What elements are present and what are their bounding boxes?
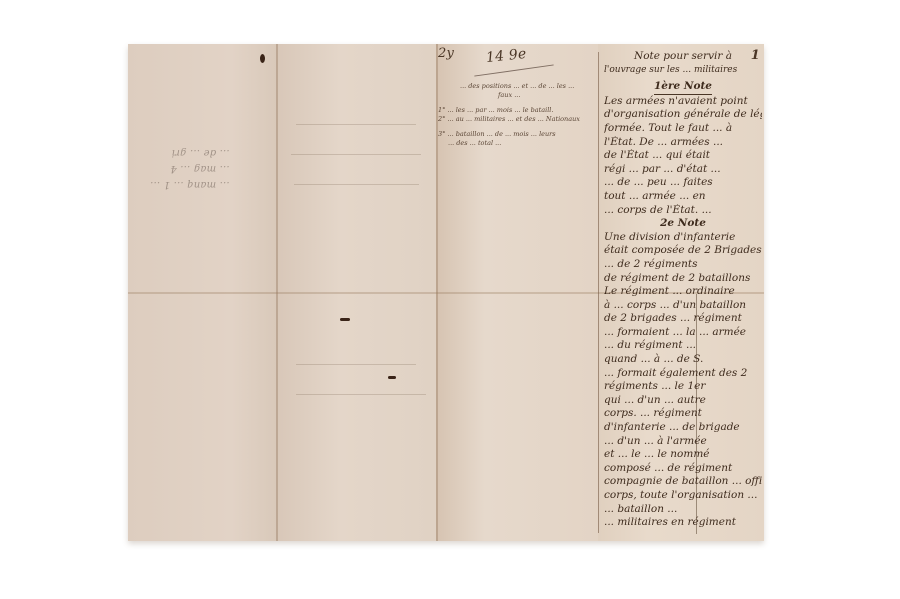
title-line: Note pour servir à	[604, 50, 762, 64]
text-line: d'infanterie ... de brigade	[604, 421, 762, 435]
note-line: 1° ... les ... par ... mois ... le batai…	[438, 106, 596, 115]
text-line: ... du régiment ...	[604, 339, 762, 353]
note-line: 2° ... au ... militaires ... et des ... …	[438, 115, 596, 124]
ink-mark	[340, 318, 350, 321]
text-line: ... de 2 régiments	[604, 258, 762, 272]
text-line: quand ... à ... de S.	[604, 353, 762, 367]
pencil-note-line: ... de ... gri	[150, 144, 230, 160]
text-line: Les armées n'avaient point	[604, 95, 762, 109]
main-text-column: Note pour servir à l'ouvrage sur les ...…	[604, 50, 762, 530]
stroke-line	[474, 64, 553, 76]
faint-line	[291, 154, 421, 155]
text-line: régiments ... le 1er	[604, 380, 762, 394]
text-line: corps, toute l'organisation ...	[604, 489, 762, 503]
text-line: Une division d'infanterie	[604, 231, 762, 245]
note-line: ... des ... total ...	[438, 139, 596, 148]
faint-line	[296, 394, 426, 395]
faint-line	[294, 184, 419, 185]
text-line: de régiment de 2 bataillons	[604, 272, 762, 286]
text-line: ... formaient ... la ... armée	[604, 326, 762, 340]
text-line: compagnie de bataillon ... officiers	[604, 475, 762, 489]
pencil-note-line: ... manq ... 1 ...	[150, 176, 230, 192]
heading-text: 1ère Note	[654, 80, 712, 95]
manuscript-sheet: ... manq ... 1 ... ... mag ... 4 ... de …	[128, 44, 764, 541]
text-line: ... militaires en régiment	[604, 516, 762, 530]
text-line: de 2 brigades ... régiment	[604, 312, 762, 326]
text-line: composé ... de régiment	[604, 462, 762, 476]
text-line: était composée de 2 Brigades	[604, 244, 762, 258]
text-line: ... de ... peu ... faites	[604, 176, 762, 190]
pencil-note-line: ... mag ... 4	[150, 160, 230, 176]
panel-3-note-list: ... des positions ... et ... de ... les …	[438, 82, 596, 148]
text-line: tout ... armée ... en	[604, 190, 762, 204]
faint-line	[296, 124, 416, 125]
corner-mark: 2y	[438, 46, 454, 61]
text-line: d'organisation générale de légion	[604, 108, 762, 122]
title-line: l'ouvrage sur les ... militaires	[604, 64, 762, 78]
text-line: à ... corps ... d'un bataillon	[604, 299, 762, 313]
text-line: l'État. De ... armées ...	[604, 136, 762, 150]
ink-blot	[260, 54, 265, 63]
note-line: 3° ... bataillon ... de ... mois ... leu…	[438, 130, 596, 139]
text-line: ... bataillon ...	[604, 503, 762, 517]
text-line: formée. Tout le faut ... à	[604, 122, 762, 136]
text-line: régi ... par ... d'état ...	[604, 163, 762, 177]
ink-mark	[388, 376, 396, 379]
faint-line	[296, 364, 416, 365]
text-line: de l'État ... qui était	[604, 149, 762, 163]
text-line: et ... le ... le nommé	[604, 448, 762, 462]
text-line: ... corps de l'État. ...	[604, 204, 762, 218]
text-line: Le régiment ... ordinaire	[604, 285, 762, 299]
text-line: ... formait également des 2	[604, 367, 762, 381]
note-line: ... des positions ... et ... de ... les …	[438, 82, 596, 91]
heading-note-1: 1ère Note	[604, 80, 762, 95]
text-line: ... d'un ... à l'armée	[604, 435, 762, 449]
pencil-notes: ... manq ... 1 ... ... mag ... 4 ... de …	[150, 144, 230, 192]
text-line: qui ... d'un ... autre	[604, 394, 762, 408]
note-line: faux ...	[438, 91, 596, 100]
text-line: corps. ... régiment	[604, 407, 762, 421]
margin-line	[598, 52, 599, 533]
reference-number: 14 9e	[485, 46, 527, 66]
heading-note-2: 2e Note	[604, 217, 762, 231]
